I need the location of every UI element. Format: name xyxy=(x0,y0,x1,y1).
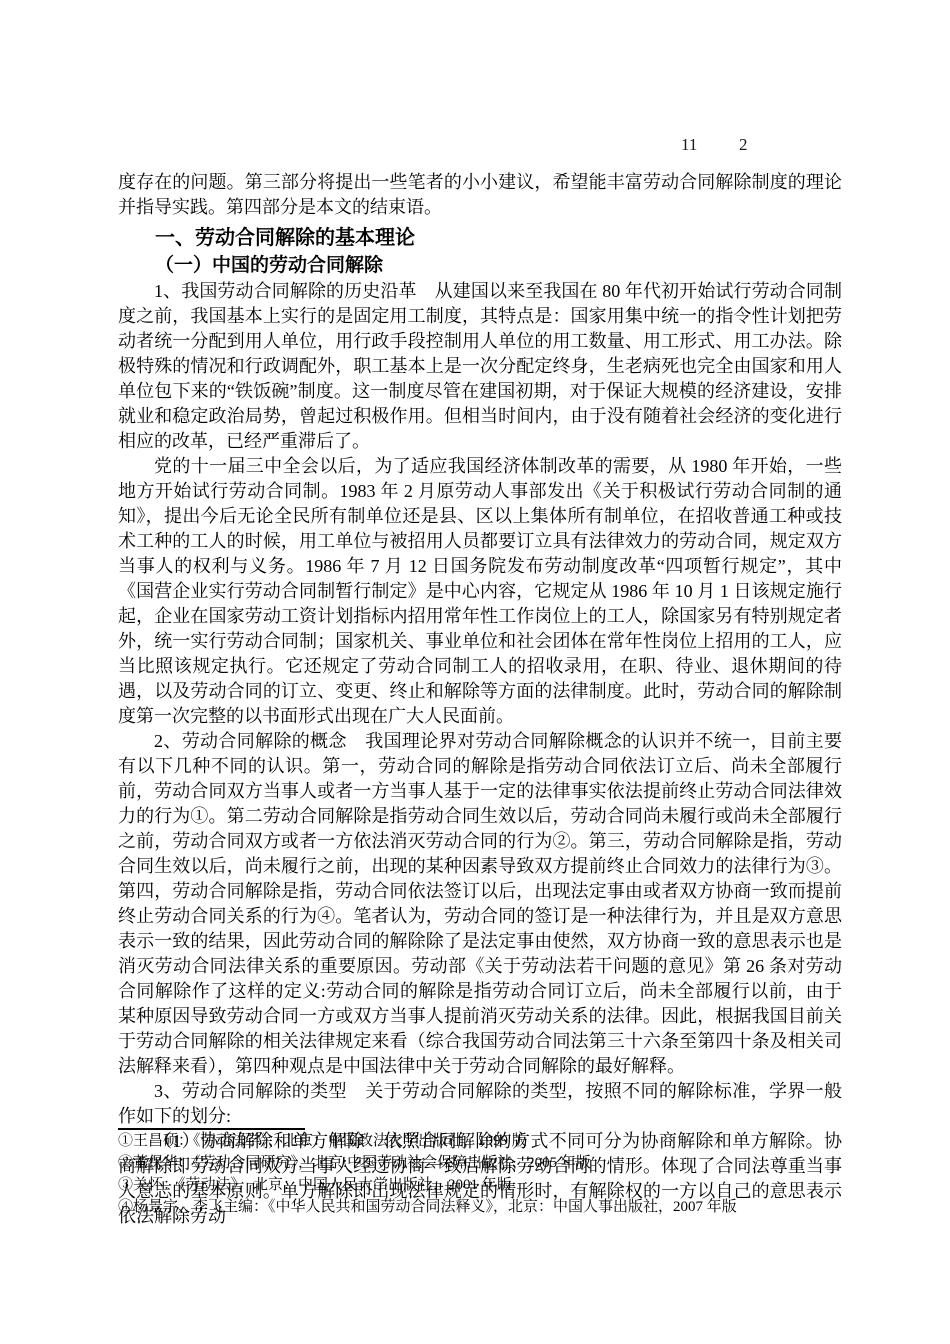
footnote-item: ②董保华：《劳动合同研究》，北京:中国劳动社会保障出版社，2005 年版 xyxy=(118,1152,858,1174)
footnote-item: ①王昌硕：《劳动法学》，北京：中国政法大学出版社，1999 版 xyxy=(118,1130,858,1152)
footnote-item: ③关怀：《劳动法》，北京：中国人民大学出版社，2001 年版 xyxy=(118,1174,858,1196)
paragraph-history: 1、我国劳动合同解除的历史沿革 从建国以来至我国在 80 年代初开始试行劳动合同… xyxy=(118,279,842,454)
header-number-left: 11 xyxy=(681,135,697,155)
continuation-paragraph: 度存在的问题。第三部分将提出一些笔者的小小建议，希望能丰富劳动合同解除制度的理论… xyxy=(118,170,842,220)
footnote-item: ④杨景宇、李飞主编：《中华人民共和国劳动合同法释义》，北京：中国人事出版社，20… xyxy=(118,1196,858,1218)
footnote-section: ①王昌硕：《劳动法学》，北京：中国政法大学出版社，1999 版 ②董保华：《劳动… xyxy=(118,1128,858,1218)
header-number-right: 2 xyxy=(739,135,748,155)
paragraph-concept: 2、劳动合同解除的概念 我国理论界对劳动合同解除概念的认识并不统一，目前主要有以… xyxy=(118,729,842,1079)
page-header: 11 2 xyxy=(0,135,950,159)
section-heading: 一、劳动合同解除的基本理论 xyxy=(118,224,842,251)
paragraph-types-intro: 3、劳动合同解除的类型 关于劳动合同解除的类型，按照不同的解除标准，学界一般作如… xyxy=(118,1079,842,1129)
document-page: 11 2 度存在的问题。第三部分将提出一些笔者的小小建议，希望能丰富劳动合同解除… xyxy=(0,0,950,1344)
document-body: 度存在的问题。第三部分将提出一些笔者的小小建议，希望能丰富劳动合同解除制度的理论… xyxy=(118,170,842,1229)
subsection-heading: （一）中国的劳动合同解除 xyxy=(118,252,842,278)
paragraph-reform: 党的十一届三中全会以后，为了适应我国经济体制改革的需要，从 1980 年开始，一… xyxy=(118,454,842,729)
